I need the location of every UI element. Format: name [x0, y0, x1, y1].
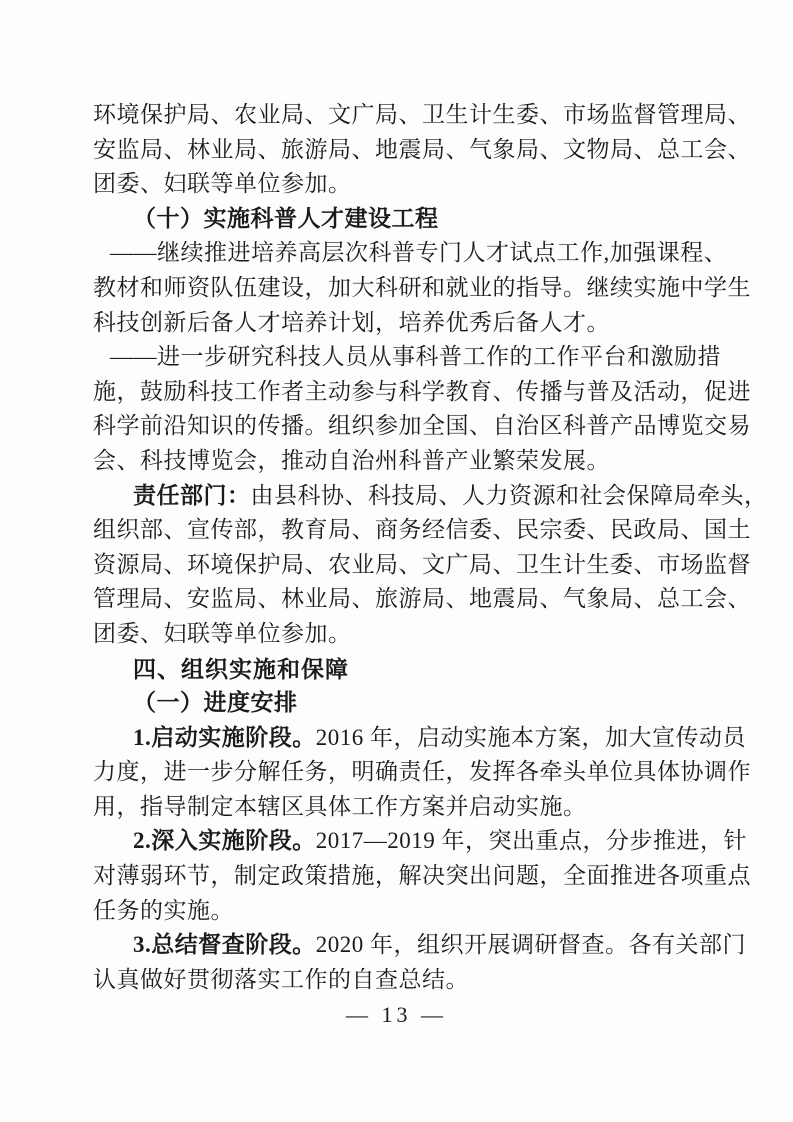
text-run: 由县科协、科技局、人力资源和社会保障局牵头， — [251, 483, 768, 508]
text-line: 认真做好贯彻落实工作的自查总结。 — [93, 963, 700, 998]
text-line: 责任部门：由县科协、科技局、人力资源和社会保障局牵头， — [93, 479, 700, 514]
text-line: 安监局、林业局、旅游局、地震局、气象局、文物局、总工会、 — [93, 133, 700, 168]
phase-2-label: 2.深入实施阶段。 — [133, 828, 316, 853]
phase-3-label: 3.总结督查阶段。 — [133, 932, 316, 957]
text-line: 3.总结督查阶段。2020 年，组织开展调研督查。各有关部门 — [93, 928, 700, 963]
text-line: 1.启动实施阶段。2016 年，启动实施本方案，加大宣传动员 — [93, 721, 700, 756]
document-page: 环境保护局、农业局、文广局、卫生计生委、市场监督管理局、 安监局、林业局、旅游局… — [0, 0, 793, 1122]
text-line: 环境保护局、农业局、文广局、卫生计生委、市场监督管理局、 — [93, 98, 700, 133]
text-line: 资源局、环境保护局、农业局、文广局、卫生计生委、市场监督 — [93, 548, 700, 583]
text-line: 2.深入实施阶段。2017—2019 年，突出重点，分步推进，针 — [93, 824, 700, 859]
text-line: ——继续推进培养高层次科普专门人才试点工作,加强课程、 — [93, 236, 700, 271]
text-line: 用，指导制定本辖区具体工作方案并启动实施。 — [93, 790, 700, 825]
text-line: 对薄弱环节，制定政策措施，解决突出问题，全面推进各项重点 — [93, 859, 700, 894]
text-line: 管理局、安监局、林业局、旅游局、地震局、气象局、总工会、 — [93, 582, 700, 617]
text-line: 科技创新后备人才培养计划，培养优秀后备人才。 — [93, 306, 700, 341]
page-body: 环境保护局、农业局、文广局、卫生计生委、市场监督管理局、 安监局、林业局、旅游局… — [93, 98, 700, 997]
text-line: 团委、妇联等单位参加。 — [93, 167, 700, 202]
text-line: 施，鼓励科技工作者主动参与科学教育、传播与普及活动，促进 — [93, 375, 700, 410]
text-run: 2020 年，组织开展调研督查。各有关部门 — [316, 932, 746, 957]
text-line: 会、科技博览会，推动自治州科普产业繁荣发展。 — [93, 444, 700, 479]
text-line: 教材和师资队伍建设，加大科研和就业的指导。继续实施中学生 — [93, 271, 700, 306]
text-line: 组织部、宣传部，教育局、商务经信委、民宗委、民政局、国土 — [93, 513, 700, 548]
section-heading-one: （一）进度安排 — [93, 686, 700, 721]
text-line: 力度，进一步分解任务，明确责任，发挥各牵头单位具体协调作 — [93, 755, 700, 790]
chapter-heading-four: 四、组织实施和保障 — [93, 652, 700, 687]
text-run: 2017—2019 年，突出重点，分步推进，针 — [316, 828, 747, 853]
text-line: 科学前沿知识的传播。组织参加全国、自治区科普产品博览交易 — [93, 409, 700, 444]
phase-1-label: 1.启动实施阶段。 — [133, 725, 316, 750]
responsible-departments-label: 责任部门： — [133, 483, 251, 508]
text-run: 2016 年，启动实施本方案，加大宣传动员 — [316, 725, 746, 750]
text-line: 团委、妇联等单位参加。 — [93, 617, 700, 652]
page-number: — 13 — — [0, 1000, 793, 1030]
section-heading-ten: （十）实施科普人才建设工程 — [93, 202, 700, 237]
text-line: ——进一步研究科技人员从事科普工作的工作平台和激励措 — [93, 340, 700, 375]
text-line: 任务的实施。 — [93, 894, 700, 929]
